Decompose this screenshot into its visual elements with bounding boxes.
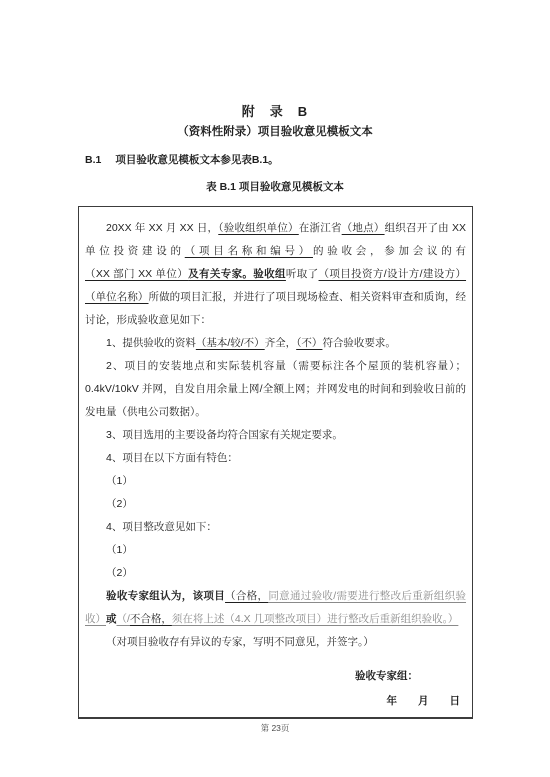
- signature-label: 验收专家组：: [85, 665, 466, 688]
- text-run: （1）: [106, 475, 133, 487]
- template-paragraph: 2、项目的安装地点和实际装机容量（需要标注各个屋顶的装机容量）；0.4kV/10…: [85, 355, 466, 424]
- text-run: （不）: [296, 337, 322, 349]
- clause-number: B.1: [85, 154, 101, 166]
- text-run: （2）: [106, 567, 133, 579]
- text-run: （对项目验收存有异议的专家，写明不同意见，并签字。）: [106, 636, 374, 648]
- page-number-footer: 第 23页: [0, 722, 550, 734]
- text-run: （合格，: [225, 590, 268, 602]
- table-caption: 表 B.1 项目验收意见模板文本: [0, 179, 550, 194]
- template-paragraph: 1、提供验收的资料（基本/较/不）齐全，（不）符合验收要求。: [85, 332, 466, 355]
- text-run: 或: [106, 613, 117, 625]
- text-run: 2、项目的安装地点和实际装机容量（需要标注各个屋顶的装机容量）；0.4kV/10…: [85, 360, 466, 418]
- text-run: 须在将上述（4.X 几项整改项目）进行整改后重新组织验收。）: [172, 613, 458, 625]
- template-paragraph: 3、项目选用的主要设备均符合国家有关规定要求。: [85, 424, 466, 447]
- template-box: 20XX 年 XX 月 XX 日，（验收组织单位）在浙江省（地点）组织召开了由 …: [78, 206, 473, 719]
- text-run: 齐全，: [265, 337, 297, 349]
- document-page: 附 录 B （资料性附录）项目验收意见模板文本 B.1项目验收意见模板文本参见表…: [0, 0, 550, 777]
- text-run: 3、项目选用的主要设备均符合国家有关规定要求。: [106, 429, 343, 441]
- text-run: 的验收会，参加会议的有: [313, 245, 466, 257]
- text-run: 4、项目整改意见如下：: [106, 521, 217, 533]
- text-run: （验收组织单位）: [218, 222, 299, 234]
- clause-line: B.1项目验收意见模板文本参见表B.1。: [85, 152, 279, 167]
- text-run: 不合格，: [130, 613, 172, 625]
- text-run: （基本/较/不）: [196, 337, 265, 349]
- clause-text: 项目验收意见模板文本参见表B.1。: [115, 154, 278, 166]
- text-run: 听取了: [286, 268, 319, 280]
- template-paragraph: 20XX 年 XX 月 XX 日，（验收组织单位）在浙江省（地点）组织召开了由 …: [85, 217, 466, 332]
- text-run: （XX 部门 XX 单位）: [85, 268, 188, 280]
- text-run: 符合验收要求。: [322, 337, 396, 349]
- text-run: 20XX 年 XX 月 XX 日，: [106, 222, 218, 234]
- template-paragraph: （2）: [85, 562, 466, 585]
- text-run: （1）: [106, 544, 133, 556]
- template-paragraph: （对项目验收存有异议的专家，写明不同意见，并签字。）: [85, 631, 466, 654]
- template-paragraphs: 20XX 年 XX 月 XX 日，（验收组织单位）在浙江省（地点）组织召开了由 …: [85, 217, 466, 654]
- appendix-title: 附 录 B: [0, 101, 550, 120]
- text-run: （2）: [106, 498, 133, 510]
- text-run: 4、项目在以下方面有特色：: [106, 452, 238, 464]
- template-paragraph: 验收专家组认为，该项目（合格，同意通过验收/需要进行整改后重新组织验收）或（/不…: [85, 585, 466, 631]
- template-paragraph: （2）: [85, 493, 466, 516]
- text-run: 及有关专家。验收组: [188, 268, 286, 280]
- text-run: 验收专家组认为，该项目: [106, 590, 225, 602]
- text-run: （/: [117, 613, 130, 625]
- template-paragraph: 4、项目在以下方面有特色：: [85, 447, 466, 470]
- template-paragraph: 4、项目整改意见如下：: [85, 516, 466, 539]
- text-run: 1、提供验收的资料: [106, 337, 196, 349]
- text-run: 在浙江省: [299, 222, 342, 234]
- appendix-subtitle: （资料性附录）项目验收意见模板文本: [0, 123, 550, 139]
- template-paragraph: （1）: [85, 470, 466, 493]
- text-run: （地点）: [342, 222, 385, 234]
- text-run: （项目名称和编号）: [185, 245, 313, 257]
- signature-date-line: 年 月 日: [85, 690, 466, 713]
- template-paragraph: （1）: [85, 539, 466, 562]
